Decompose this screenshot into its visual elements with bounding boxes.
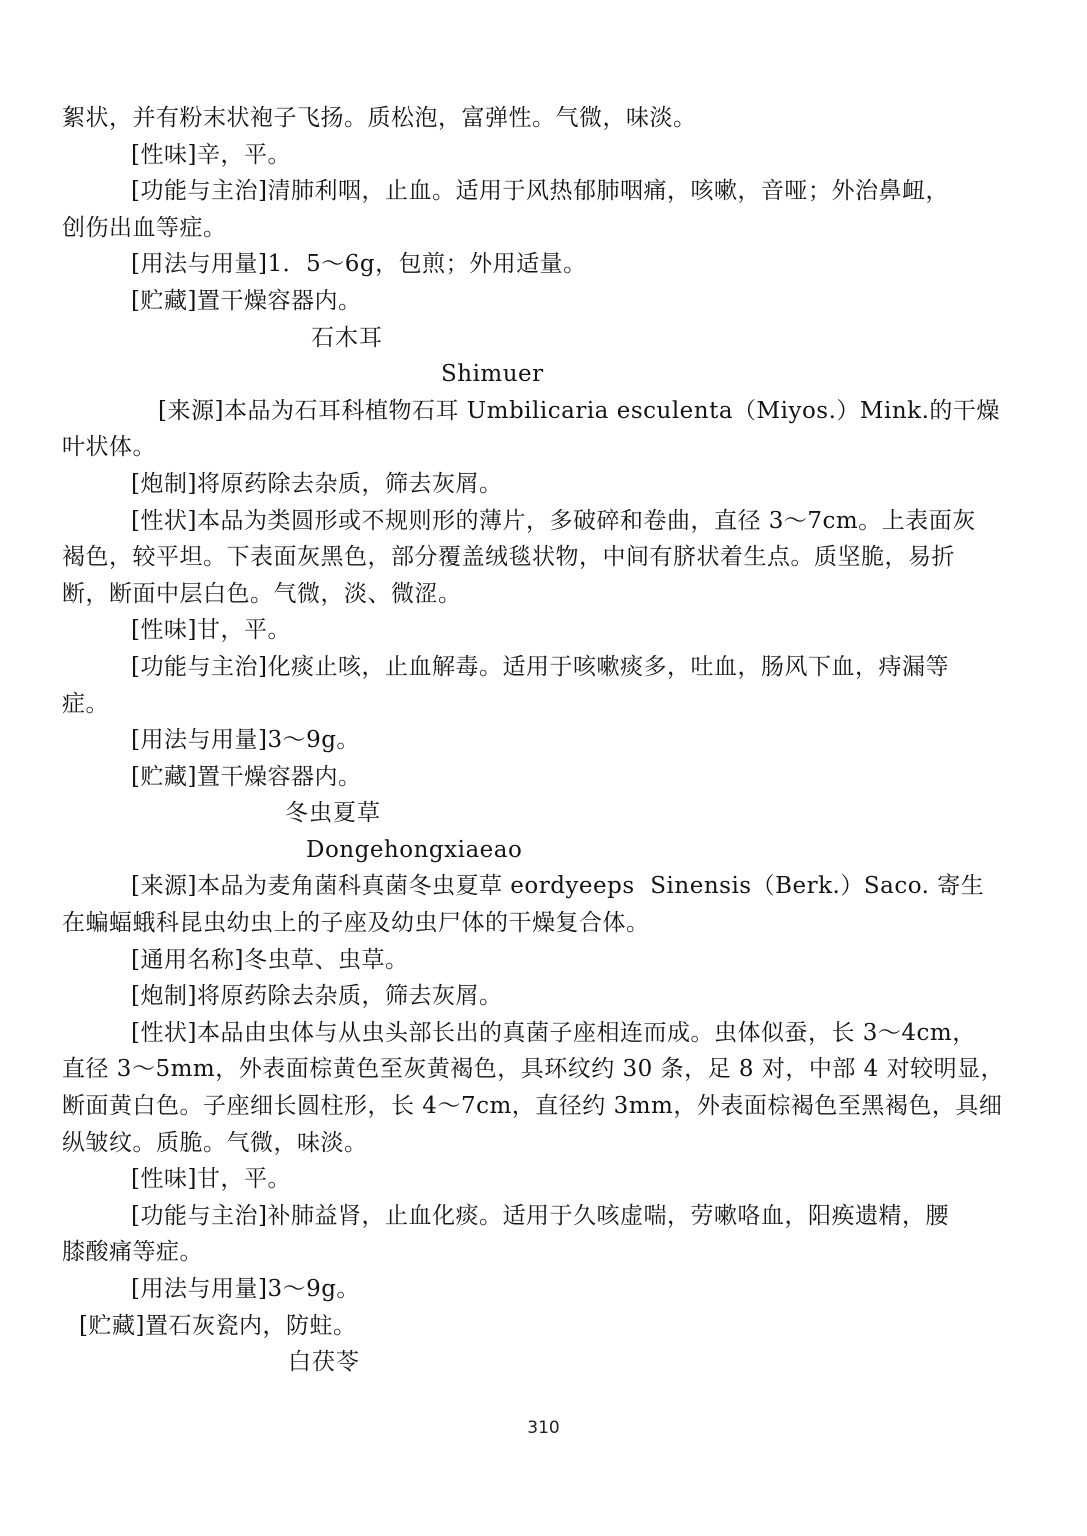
text-line: [来源]本品为麦角菌科真菌冬虫夏草 eordyeeps Sinensis（Ber…: [62, 868, 1032, 905]
text-line: 直径 3～5mm，外表面棕黄色至灰黄褐色，具环纹约 30 条，足 8 对，中部 …: [62, 1051, 1032, 1088]
section-heading: 冬虫夏草: [62, 795, 1032, 832]
text-line: [贮藏]置干燥容器内。: [62, 283, 1032, 320]
text-line: [功能与主治]化痰止咳，止血解毒。适用于咳嗽痰多，吐血，肠风下血，痔漏等: [62, 649, 1032, 686]
text-line: [性味]甘，平。: [62, 612, 1032, 649]
text-line: [炮制]将原药除去杂质，筛去灰屑。: [62, 466, 1032, 503]
text-line: [性味]辛，平。: [62, 137, 1032, 174]
text-line: 叶状体。: [62, 429, 1032, 466]
text-line: [功能与主治]清肺利咽，止血。适用于风热郁肺咽痛，咳嗽，音哑；外治鼻衄，: [62, 173, 1032, 210]
text-line: 断，断面中层白色。气微，淡、微涩。: [62, 576, 1032, 613]
text-line: 断面黄白色。子座细长圆柱形，长 4～7cm，直径约 3mm，外表面棕褐色至黑褐色…: [62, 1088, 1032, 1125]
section-pinyin: Dongehongxiaeao: [62, 832, 1032, 869]
section-heading: 白茯苓: [62, 1344, 1032, 1381]
text-line: [性状]本品为类圆形或不规则形的薄片，多破碎和卷曲，直径 3～7cm。上表面灰: [62, 503, 1032, 540]
text-line: [炮制]将原药除去杂质，筛去灰屑。: [62, 978, 1032, 1015]
section-heading: 石木耳: [62, 320, 1032, 357]
section-pinyin: Shimuer: [62, 356, 1032, 393]
text-line: [功能与主治]补肺益肾，止血化痰。适用于久咳虚喘，劳嗽咯血，阳痪遗精，腰: [62, 1198, 1032, 1235]
text-line: [通用名称]冬虫草、虫草。: [62, 942, 1032, 979]
text-line: [贮藏]置干燥容器内。: [62, 759, 1032, 796]
text-line: 纵皱纹。质脆。气微，味淡。: [62, 1125, 1032, 1162]
text-line: [用法与用量]3～9g。: [62, 722, 1032, 759]
text-line: 症。: [62, 686, 1032, 723]
text-line: 褐色，较平坦。下表面灰黑色，部分覆盖绒毯状物，中间有脐状着生点。质坚脆，易折: [62, 539, 1032, 576]
text-line: 膝酸痛等症。: [62, 1234, 1032, 1271]
page-number: 310: [0, 1418, 1087, 1438]
text-line: 絮状，并有粉末状袍子飞扬。质松泡，富弹性。气微，味淡。: [62, 100, 1032, 137]
text-line: [用法与用量]1．5～6g，包煎；外用适量。: [62, 246, 1032, 283]
text-line: [贮藏]置石灰瓷内，防蛀。: [62, 1308, 1032, 1345]
text-line: 在蝙蝠蛾科昆虫幼虫上的子座及幼虫尸体的干燥复合体。: [62, 905, 1032, 942]
document-page: 絮状，并有粉末状袍子飞扬。质松泡，富弹性。气微，味淡。[性味]辛，平。[功能与主…: [0, 0, 1087, 1536]
text-line: 创伤出血等症。: [62, 210, 1032, 247]
text-line: [来源]本品为石耳科植物石耳 Umbilicaria esculenta（Miy…: [62, 393, 1032, 430]
text-line: [用法与用量]3～9g。: [62, 1271, 1032, 1308]
text-line: [性状]本品由虫体与从虫头部长出的真菌子座相连而成。虫体似蚕，长 3～4cm，: [62, 1015, 1032, 1052]
text-line: [性味]甘，平。: [62, 1161, 1032, 1198]
document-text: 絮状，并有粉末状袍子飞扬。质松泡，富弹性。气微，味淡。[性味]辛，平。[功能与主…: [62, 100, 1032, 1381]
